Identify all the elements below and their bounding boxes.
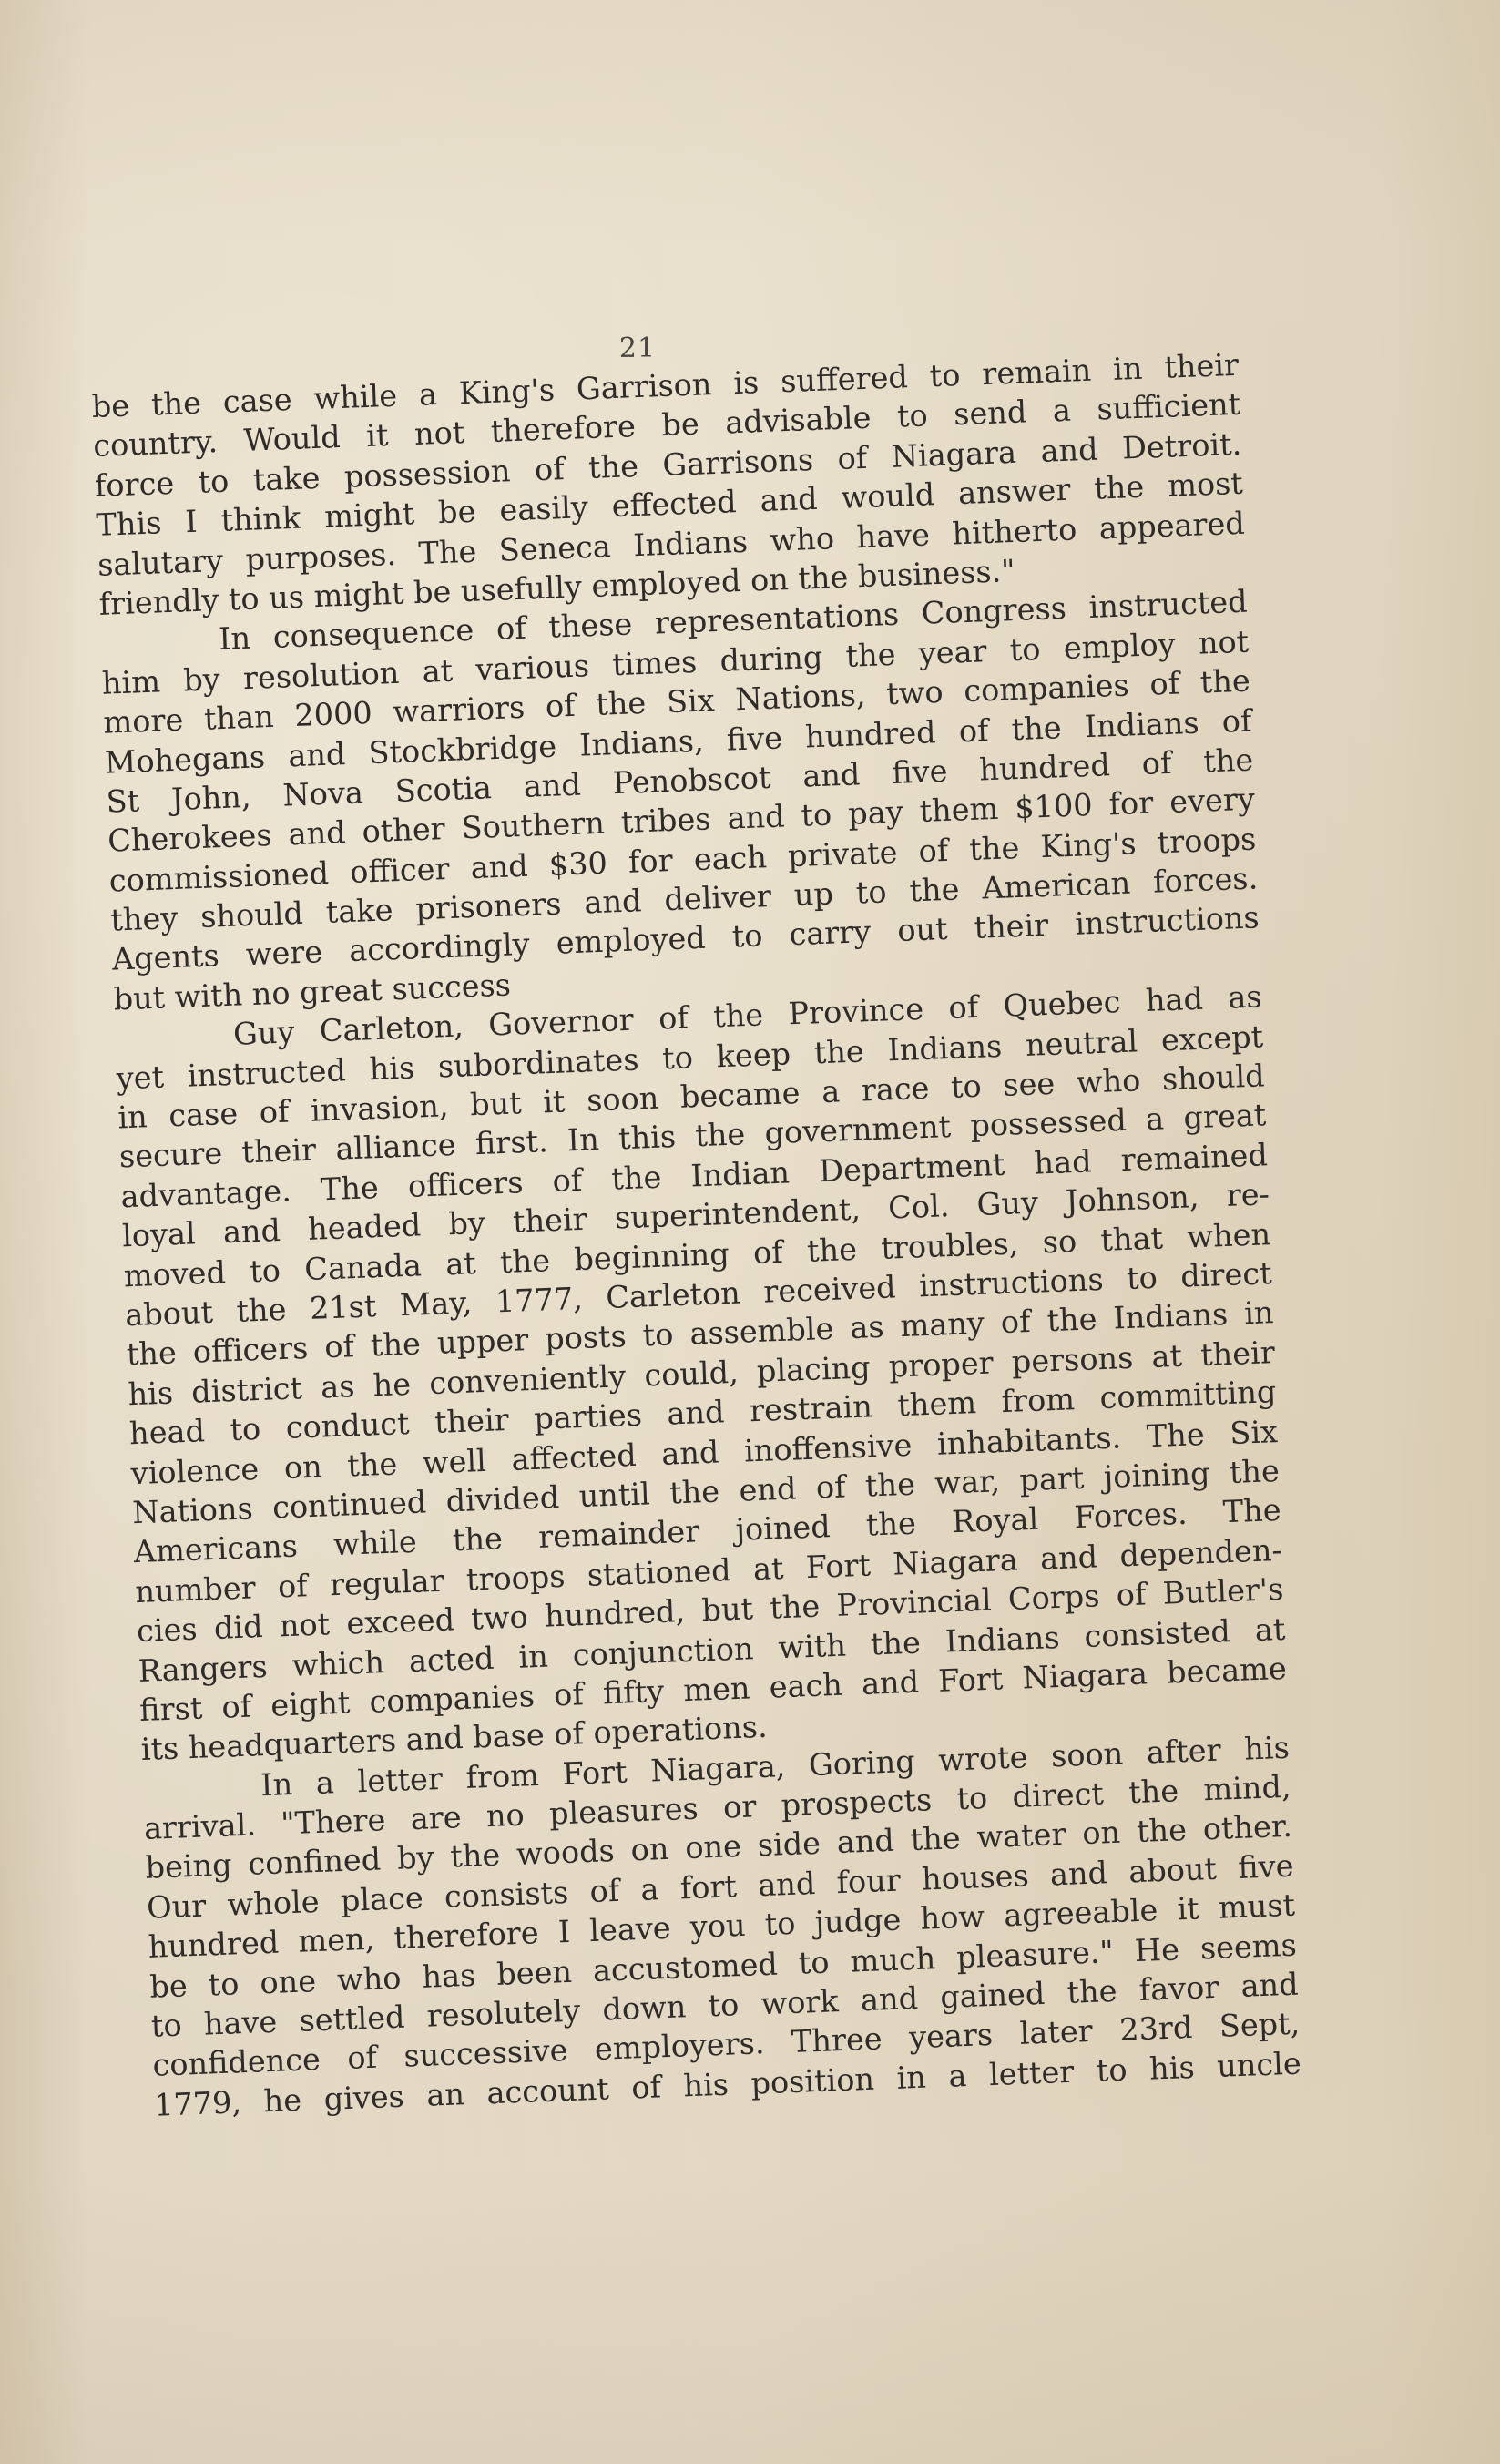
scanned-page: 21 be the case while a King's Garrison i…: [0, 0, 1500, 2464]
body-text: be the case while a King's Garrison is s…: [91, 345, 1301, 2125]
